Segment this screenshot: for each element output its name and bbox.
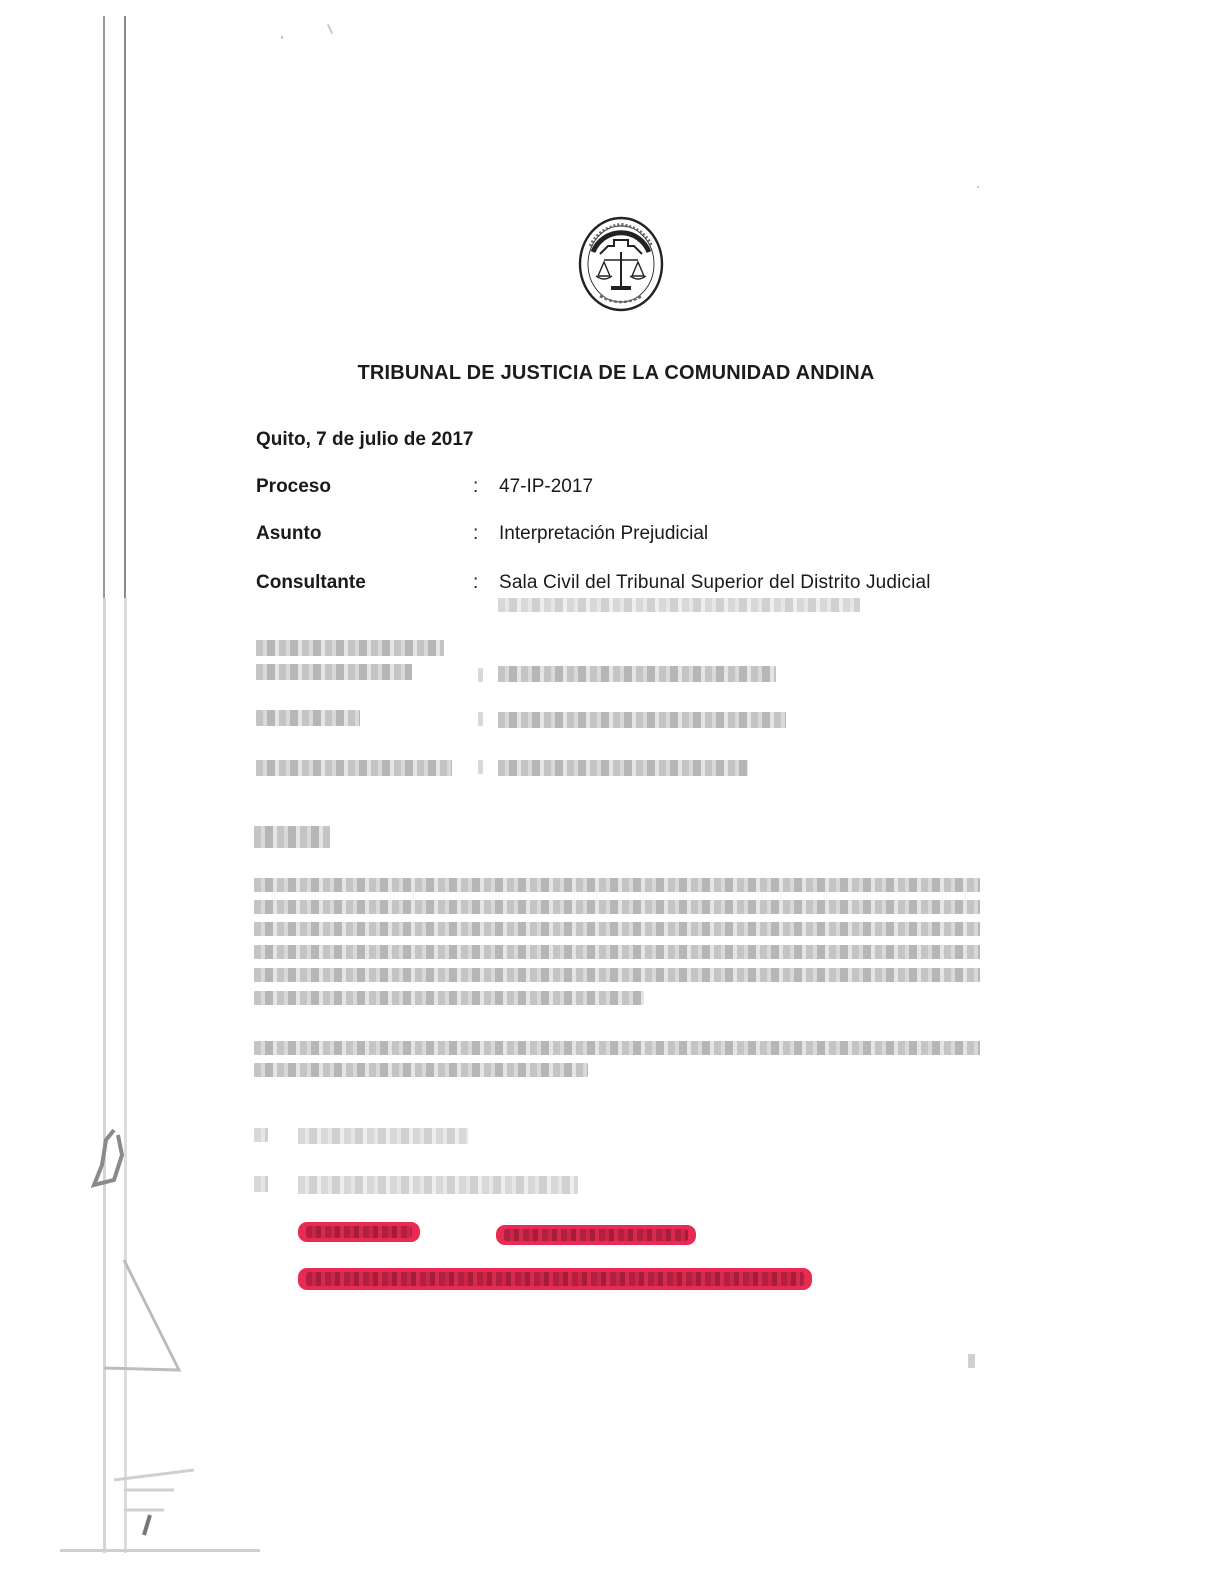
redacted-field-label: [256, 760, 452, 776]
redacted-section-letter: [254, 1128, 268, 1142]
redacted-line: [254, 991, 644, 1005]
redacted-item-heading: [298, 1176, 578, 1194]
redacted-item-number: [254, 1176, 268, 1192]
redacted-consultante-continuation: [498, 598, 860, 612]
redacted-field-value: [498, 760, 748, 776]
field-separator: :: [473, 476, 478, 498]
field-label: Asunto: [256, 523, 321, 545]
court-seal-icon: [578, 216, 664, 312]
red-highlight-redaction: [496, 1225, 696, 1245]
scan-speck: [977, 186, 979, 188]
document-date: Quito, 7 de julio de 2017: [256, 429, 474, 451]
redacted-line: [254, 922, 980, 936]
document-title: TRIBUNAL DE JUSTICIA DE LA COMUNIDAD AND…: [0, 362, 1224, 385]
redacted-field-label: [256, 640, 444, 656]
scan-speck: [327, 24, 333, 34]
binding-line-left: [103, 16, 105, 598]
redacted-line: [254, 900, 980, 914]
redacted-separator: [478, 712, 483, 726]
red-highlight-redaction: [298, 1268, 812, 1290]
field-value: 47-IP-2017: [499, 476, 593, 498]
field-value: Sala Civil del Tribunal Superior del Dis…: [499, 572, 931, 594]
page-bottom-edge: [60, 1549, 260, 1552]
redacted-field-value: [498, 666, 776, 682]
field-separator: :: [473, 572, 478, 594]
field-separator: :: [473, 523, 478, 545]
redacted-field-label: [256, 710, 360, 726]
binding-line-right: [124, 16, 126, 598]
page-number-mark: [968, 1354, 975, 1368]
handwritten-mark: [84, 1120, 194, 1540]
redacted-line: [254, 1041, 980, 1055]
redacted-field-label: [256, 664, 412, 680]
field-label: Proceso: [256, 476, 331, 498]
scan-speck: [281, 36, 283, 39]
redacted-line: [254, 945, 980, 959]
redacted-line: [254, 878, 980, 892]
redacted-field-value: [498, 712, 786, 728]
red-highlight-redaction: [298, 1222, 420, 1242]
field-value: Interpretación Prejudicial: [499, 523, 708, 545]
redacted-section-heading: [254, 826, 330, 848]
redacted-separator: [478, 668, 483, 682]
redacted-line: [254, 968, 980, 982]
redacted-line: [254, 1063, 588, 1077]
field-label: Consultante: [256, 572, 366, 594]
redacted-section-heading: [298, 1128, 468, 1144]
redacted-separator: [478, 760, 483, 774]
